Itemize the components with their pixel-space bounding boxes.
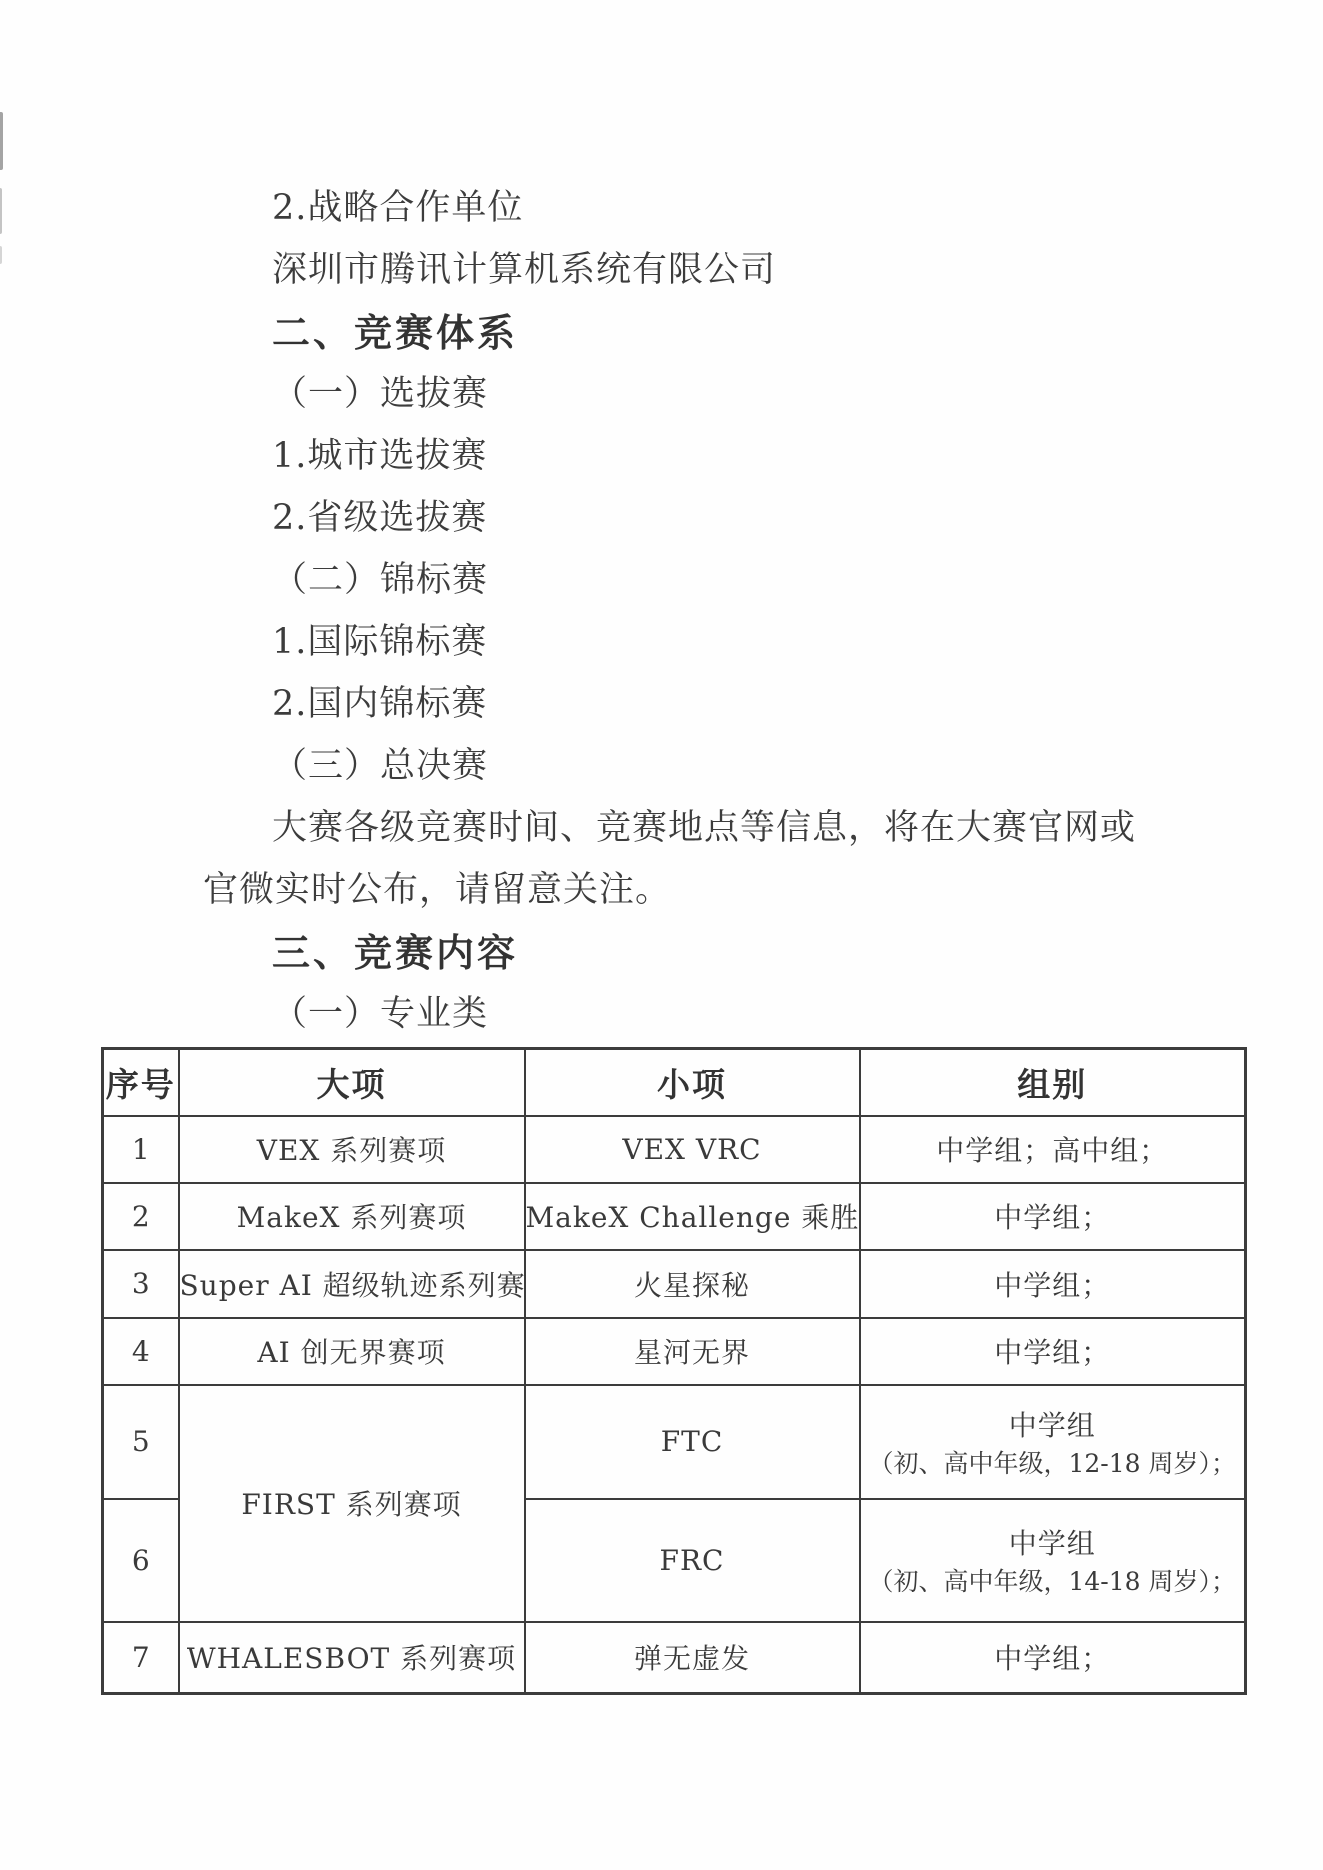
line-provincial-selection: 2.省级选拔赛 [272, 484, 487, 546]
table-row: 4 AI 创无界赛项 星河无界 中学组； [103, 1318, 1246, 1385]
row-6-group-stack: 中学组 （初、高中年级，14-18 周岁）； [861, 1506, 1245, 1614]
row-3-minor: 火星探秘 [525, 1250, 860, 1318]
row-2-group: 中学组； [860, 1183, 1246, 1250]
row-5-6-major-merged: FIRST 系列赛项 [179, 1385, 525, 1622]
header-cell-major: 大项 [179, 1049, 525, 1116]
scan-edge-artifact [0, 112, 3, 170]
row-1-group: 中学组；高中组； [860, 1116, 1246, 1183]
line-domestic-championship: 2.国内锦标赛 [272, 670, 487, 732]
row-7-group: 中学组； [860, 1622, 1246, 1694]
line-international-championship: 1.国际锦标赛 [272, 608, 487, 670]
row-7-major: WHALESBOT 系列赛项 [179, 1622, 525, 1694]
line-city-selection: 1.城市选拔赛 [272, 422, 487, 484]
row-5-index: 5 [103, 1385, 179, 1499]
scanned-document-page: 2.战略合作单位 深圳市腾讯计算机系统有限公司 二、竞赛体系 （一）选拔赛 1.… [0, 0, 1323, 1870]
row-7-index: 7 [103, 1622, 179, 1694]
row-6-group: 中学组 （初、高中年级，14-18 周岁）； [860, 1499, 1246, 1622]
row-2-major: MakeX 系列赛项 [179, 1183, 525, 1250]
row-7-minor: 弹无虚发 [525, 1622, 860, 1694]
row-5-group: 中学组 （初、高中年级，12-18 周岁）； [860, 1385, 1246, 1499]
header-cell-group: 组别 [860, 1049, 1246, 1116]
table-row: 1 VEX 系列赛项 VEX VRC 中学组；高中组； [103, 1116, 1246, 1183]
row-1-minor: VEX VRC [525, 1116, 860, 1183]
section-heading-competition-content: 三、竞赛内容 [272, 918, 518, 980]
row-3-group: 中学组； [860, 1250, 1246, 1318]
paragraph-notice-line-2: 官微实时公布，请留意关注。 [203, 856, 671, 918]
line-subsection-finals: （三）总决赛 [272, 732, 488, 794]
header-cell-minor: 小项 [525, 1049, 860, 1116]
row-5-minor: FTC [525, 1385, 860, 1499]
table-row: 2 MakeX 系列赛项 MakeX Challenge 乘胜追机 中学组； [103, 1183, 1246, 1250]
row-6-group-line-2: （初、高中年级，14-18 周岁）； [868, 1562, 1236, 1598]
header-cell-index: 序号 [103, 1049, 179, 1116]
row-6-group-line-1: 中学组 [1009, 1522, 1096, 1562]
paragraph-notice-line-1: 大赛各级竞赛时间、竞赛地点等信息，将在大赛官网或 [272, 794, 1136, 856]
row-4-minor: 星河无界 [525, 1318, 860, 1385]
line-subsection-championship: （二）锦标赛 [272, 546, 488, 608]
competition-events-table: 序号 大项 小项 组别 1 VEX 系列赛项 VEX VRC 中学组；高中组； … [101, 1047, 1247, 1695]
line-strategic-partner-label: 2.战略合作单位 [272, 174, 523, 236]
row-4-index: 4 [103, 1318, 179, 1385]
row-5-group-stack: 中学组 （初、高中年级，12-18 周岁）； [861, 1388, 1245, 1496]
table-row: 3 Super AI 超级轨迹系列赛项 火星探秘 中学组； [103, 1250, 1246, 1318]
row-5-group-line-2: （初、高中年级，12-18 周岁）； [868, 1444, 1236, 1480]
row-2-index: 2 [103, 1183, 179, 1250]
scan-edge-artifact [0, 188, 2, 234]
row-6-minor: FRC [525, 1499, 860, 1622]
row-3-index: 3 [103, 1250, 179, 1318]
table-row: 7 WHALESBOT 系列赛项 弹无虚发 中学组； [103, 1622, 1246, 1694]
row-1-major: VEX 系列赛项 [179, 1116, 525, 1183]
line-subsection-selection-round: （一）选拔赛 [272, 360, 488, 422]
line-subsection-professional-category: （一）专业类 [272, 980, 488, 1042]
row-5-group-line-1: 中学组 [1009, 1404, 1096, 1444]
row-1-index: 1 [103, 1116, 179, 1183]
section-heading-competition-system: 二、竞赛体系 [272, 298, 518, 360]
scan-edge-artifact [0, 246, 2, 264]
row-4-group: 中学组； [860, 1318, 1246, 1385]
row-2-minor: MakeX Challenge 乘胜追机 [525, 1183, 860, 1250]
table-header-row: 序号 大项 小项 组别 [103, 1049, 1246, 1116]
table-row: 5 FIRST 系列赛项 FTC 中学组 （初、高中年级，12-18 周岁）； [103, 1385, 1246, 1499]
line-tencent-company: 深圳市腾讯计算机系统有限公司 [272, 236, 776, 298]
row-6-index: 6 [103, 1499, 179, 1622]
row-3-major: Super AI 超级轨迹系列赛项 [179, 1250, 525, 1318]
row-4-major: AI 创无界赛项 [179, 1318, 525, 1385]
